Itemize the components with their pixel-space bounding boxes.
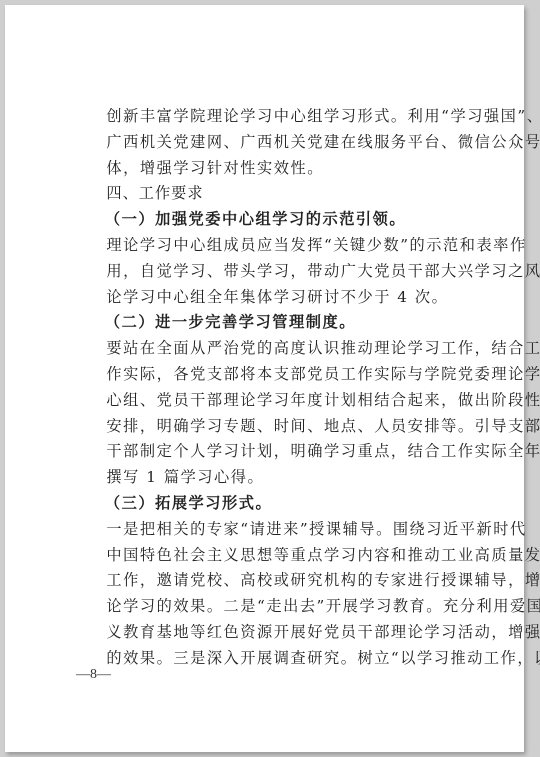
text-line: 干部制定个人学习计划，明确学习重点，结合工作实际全年至少 (76, 439, 466, 465)
text-line: 的效果。三是深入开展调查研究。树立“以学习推动工作，以工 (76, 646, 466, 672)
paragraph-1: 理论学习中心组成员应当发挥“关键少数”的示范和表率作 用，自觉学习、带头学习，带… (76, 233, 466, 310)
text-line: 义教育基地等红色资源开展好党员干部理论学习活动，增强教育 (76, 620, 466, 646)
subheading-1: （一）加强党委中心组学习的示范引领。 (76, 207, 466, 233)
text-line: 用，自觉学习、带头学习，带动广大党员干部大兴学习之风。理 (76, 259, 466, 285)
text-line: 安排，明确学习专题、时间、地点、人员安排等。引导支部党员 (76, 414, 466, 440)
text-line: 一是把相关的专家“请进来”授课辅导。围绕习近平新时代 (76, 517, 466, 543)
text-line: 创新丰富学院理论学习中心组学习形式。利用“学习强国”、 (76, 104, 466, 130)
document-page: 创新丰富学院理论学习中心组学习形式。利用“学习强国”、 广西机关党建网、广西机关… (5, 5, 524, 752)
section-heading-work-requirements: 四、工作要求 (76, 181, 466, 207)
subheading-3: （三）拓展学习形式。 (76, 491, 466, 517)
page-number: —8— (76, 667, 111, 683)
text-line: 心组、党员干部理论学习年度计划相结合起来，做出阶段性学习 (76, 388, 466, 414)
paragraph-learning-forms: 创新丰富学院理论学习中心组学习形式。利用“学习强国”、 广西机关党建网、广西机关… (76, 104, 466, 181)
subheading-2: （二）进一步完善学习管理制度。 (76, 310, 466, 336)
text-line: 理论学习中心组成员应当发挥“关键少数”的示范和表率作 (76, 233, 466, 259)
text-line: 撰写 1 篇学习心得。 (76, 465, 466, 491)
text-line: 论学习中心组全年集体学习研讨不少于 4 次。 (76, 285, 466, 311)
text-line: 要站在全面从严治党的高度认识推动理论学习工作，结合工 (76, 336, 466, 362)
paragraph-3: 一是把相关的专家“请进来”授课辅导。围绕习近平新时代 中国特色社会主义思想等重点… (76, 517, 466, 672)
document-body: 创新丰富学院理论学习中心组学习形式。利用“学习强国”、 广西机关党建网、广西机关… (76, 104, 466, 672)
text-line: 论学习的效果。二是“走出去”开展学习教育。充分利用爱国主 (76, 594, 466, 620)
text-line: 中国特色社会主义思想等重点学习内容和推动工业高质量发展等 (76, 543, 466, 569)
paragraph-2: 要站在全面从严治党的高度认识推动理论学习工作，结合工 作实际，各党支部将本支部党… (76, 336, 466, 491)
text-line: 作实际，各党支部将本支部党员工作实际与学院党委理论学习中 (76, 362, 466, 388)
text-line: 广西机关党建网、广西机关党建在线服务平台、微信公众号等载 (76, 130, 466, 156)
text-line: 体，增强学习针对性实效性。 (76, 156, 466, 182)
text-line: 工作，邀请党校、高校或研究机构的专家进行授课辅导，增强理 (76, 568, 466, 594)
